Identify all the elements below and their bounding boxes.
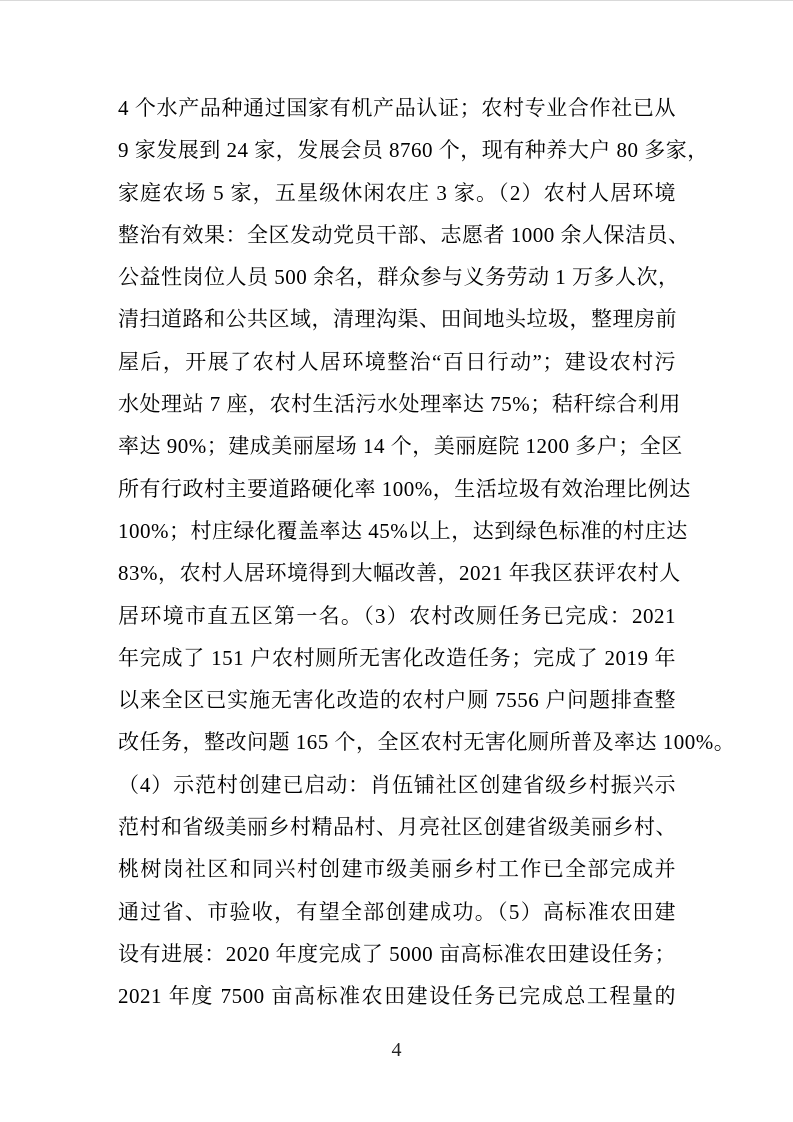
text-line: 桃树岗社区和同兴村创建市级美丽乡村工作已全部完成并	[118, 848, 676, 890]
text-line: 清扫道路和公共区域，清理沟渠、田间地头垃圾，整理房前	[118, 298, 676, 340]
text-line: （4）示范村创建已启动：肖伍铺社区创建省级乡村振兴示	[118, 764, 676, 806]
document-page: 4 个水产品种通过国家有机产品认证；农村专业合作社已从 9 家发展到 24 家，…	[0, 0, 793, 1122]
text-line: 设有进展：2020 年度完成了 5000 亩高标准农田建设任务；	[118, 933, 676, 975]
text-line: 范村和省级美丽乡村精品村、月亮社区创建省级美丽乡村、	[118, 806, 676, 848]
text-line: 水处理站 7 座，农村生活污水处理率达 75%；秸秆综合利用	[118, 383, 676, 425]
page-number: 4	[0, 1038, 793, 1062]
text-line: 公益性岗位人员 500 余名，群众参与义务劳动 1 万多人次，	[118, 256, 676, 298]
document-text-block: 4 个水产品种通过国家有机产品认证；农村专业合作社已从 9 家发展到 24 家，…	[118, 87, 676, 1018]
text-line: 2021 年度 7500 亩高标准农田建设任务已完成总工程量的	[118, 975, 676, 1017]
text-line: 9 家发展到 24 家，发展会员 8760 个，现有种养大户 80 多家，	[118, 129, 676, 171]
text-line: 率达 90%；建成美丽屋场 14 个，美丽庭院 1200 多户；全区	[118, 425, 676, 467]
text-line: 改任务，整改问题 165 个，全区农村无害化厕所普及率达 100%。	[118, 721, 676, 763]
text-line: 家庭农场 5 家，五星级休闲农庄 3 家。（2）农村人居环境	[118, 172, 676, 214]
text-line: 以来全区已实施无害化改造的农村户厕 7556 户问题排查整	[118, 679, 676, 721]
text-line: 通过省、市验收，有望全部创建成功。（5）高标准农田建	[118, 891, 676, 933]
text-line: 居环境市直五区第一名。（3）农村改厕任务已完成：2021	[118, 595, 676, 637]
text-line: 年完成了 151 户农村厕所无害化改造任务；完成了 2019 年	[118, 637, 676, 679]
text-line: 100%；村庄绿化覆盖率达 45%以上，达到绿色标准的村庄达	[118, 510, 676, 552]
text-line: 83%，农村人居环境得到大幅改善，2021 年我区获评农村人	[118, 552, 676, 594]
text-line: 屋后，开展了农村人居环境整治“百日行动”；建设农村污	[118, 341, 676, 383]
text-line: 所有行政村主要道路硬化率 100%，生活垃圾有效治理比例达	[118, 468, 676, 510]
text-line: 4 个水产品种通过国家有机产品认证；农村专业合作社已从	[118, 87, 676, 129]
text-line: 整治有效果：全区发动党员干部、志愿者 1000 余人保洁员、	[118, 214, 676, 256]
